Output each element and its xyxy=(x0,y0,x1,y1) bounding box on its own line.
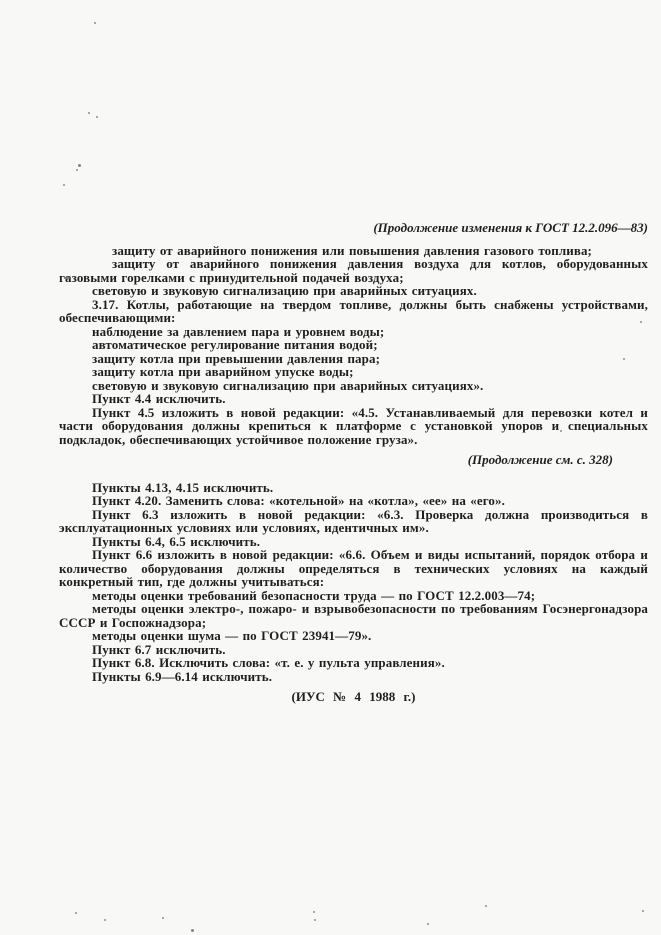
scan-speck xyxy=(314,919,316,921)
scan-speck xyxy=(96,116,98,118)
paragraph: световую и звуковую сигнализацию при ава… xyxy=(59,379,648,393)
paragraph: автоматическое регулирование питания вод… xyxy=(59,338,648,352)
body-block-2: Пункты 4.13, 4.15 исключить. Пункт 4.20.… xyxy=(59,481,648,684)
scan-speck xyxy=(76,169,78,171)
scanned-document-page: (Продолжение изменения к ГОСТ 12.2.096—8… xyxy=(0,0,661,935)
paragraph: Пункт 6.3 изложить в новой редакции: «6.… xyxy=(59,508,648,535)
paragraph: защиту котла при аварийном упуске воды; xyxy=(59,365,648,379)
scan-speck xyxy=(640,321,642,323)
scan-speck xyxy=(63,184,65,186)
paragraph: методы оценки требований безопасности тр… xyxy=(59,589,648,603)
body-block-1: защиту от аварийного понижения или повыш… xyxy=(59,244,648,447)
paragraph: Пункт 4.4 исключить. xyxy=(59,392,648,406)
paragraph: Пункт 6.7 исключить. xyxy=(59,643,648,657)
paragraph: защиту от аварийного понижения или повыш… xyxy=(59,244,648,258)
scan-speck xyxy=(427,923,429,925)
paragraph: Пункт 6.6 изложить в новой редакции: «6.… xyxy=(59,548,648,589)
scan-speck xyxy=(162,917,164,919)
header-continuation-note: (Продолжение изменения к ГОСТ 12.2.096—8… xyxy=(59,0,648,235)
paragraph: защиту котла при превышении давления пар… xyxy=(59,352,648,366)
paragraph: наблюдение за давлением пара и уровнем в… xyxy=(59,325,648,339)
scan-speck xyxy=(191,929,194,932)
paragraph: методы оценки электро-, пожаро- и взрыво… xyxy=(59,602,648,629)
paragraph: Пункт 4.5 изложить в новой редакции: «4.… xyxy=(59,406,648,447)
scan-speck xyxy=(560,430,562,432)
scan-speck xyxy=(64,277,70,279)
scan-speck xyxy=(104,919,106,921)
paragraph: Пункты 6.9—6.14 исключить. xyxy=(59,670,648,684)
scan-speck xyxy=(485,905,487,907)
scan-speck xyxy=(313,911,315,913)
paragraph: Пункты 6.4, 6.5 исключить. xyxy=(59,535,648,549)
scan-speck xyxy=(642,910,644,912)
continuation-see-page-note: (Продолжение см. с. 328) xyxy=(59,453,648,467)
paragraph: световую и звуковую сигнализацию при ава… xyxy=(59,284,648,298)
footer-issue-note: (ИУС № 4 1988 г.) xyxy=(59,690,648,704)
paragraph: Пункты 4.13, 4.15 исключить. xyxy=(59,481,648,495)
scan-speck xyxy=(623,358,625,360)
paragraph: 3.17. Котлы, работающие на твердом топли… xyxy=(59,298,648,325)
paragraph: методы оценки шума — по ГОСТ 23941—79». xyxy=(59,629,648,643)
scan-speck xyxy=(78,164,81,167)
scan-speck xyxy=(75,912,77,914)
text-column: (Продолжение изменения к ГОСТ 12.2.096—8… xyxy=(59,0,648,704)
paragraph: Пункт 6.8. Исключить слова: «т. е. у пул… xyxy=(59,656,648,670)
paragraph: защиту от аварийного понижения давления … xyxy=(59,257,648,284)
scan-speck xyxy=(94,22,96,24)
scan-speck xyxy=(88,112,90,114)
paragraph: Пункт 4.20. Заменить слова: «котельной» … xyxy=(59,494,648,508)
